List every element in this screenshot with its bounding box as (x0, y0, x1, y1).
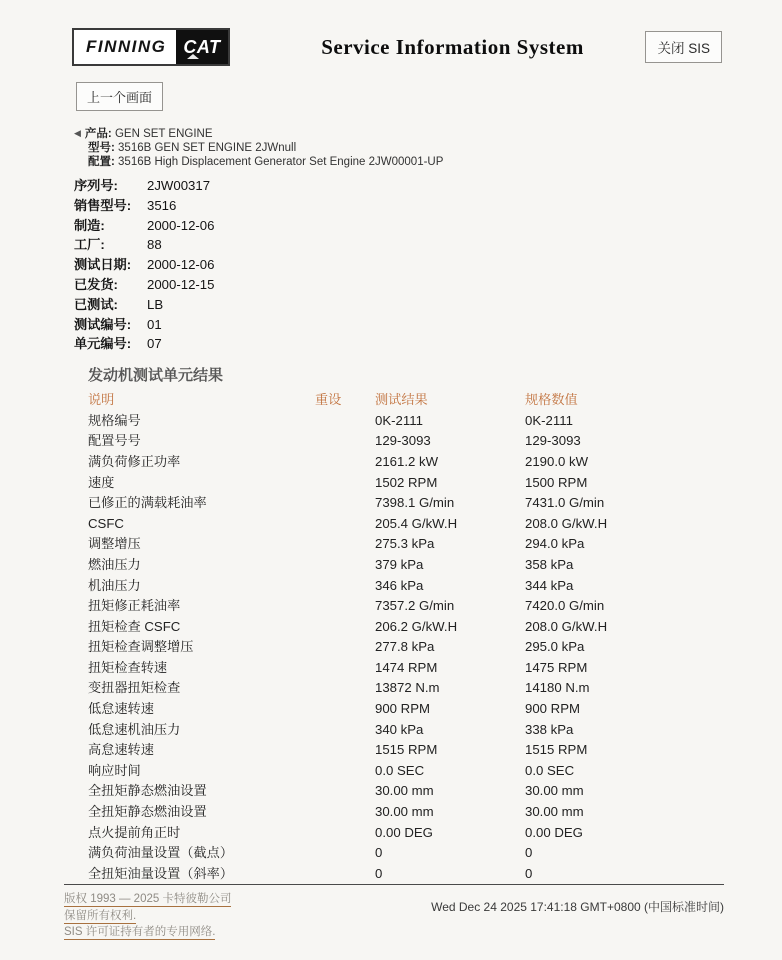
detail-value: 2000-12-06 (147, 218, 214, 233)
cell-description: CSFC (88, 514, 315, 535)
cell-test-result: 2161.2 kW (375, 452, 525, 473)
table-row: 变扭器扭矩检查13872 N.m14180 N.m (88, 678, 688, 699)
cell-description: 高怠速转速 (88, 740, 315, 761)
cell-test-result: 7357.2 G/min (375, 596, 525, 617)
detail-row: 测试编号:01 (74, 315, 782, 335)
cell-spec-value: 2190.0 kW (525, 452, 670, 473)
table-row: 点火提前角正时0.00 DEG0.00 DEG (88, 823, 688, 844)
cell-spec-value: 0 (525, 843, 670, 864)
cell-test-result: 1474 RPM (375, 658, 525, 679)
table-body: 规格编号0K-21110K-2111配置号号129-3093129-3093满负… (88, 411, 688, 885)
cell-description: 满负荷修正功率 (88, 452, 315, 473)
detail-label: 序列号: (74, 176, 147, 196)
cell-description: 全扭矩静态燃油设置 (88, 802, 315, 823)
cell-spec-value: 30.00 mm (525, 802, 670, 823)
detail-list: 序列号:2JW00317销售型号:3516制造:2000-12-06工厂:88测… (74, 176, 782, 354)
table-row: 全扭矩静态燃油设置30.00 mm30.00 mm (88, 802, 688, 823)
footer-link-row: SIS 许可证持有者的专用网络. (64, 926, 231, 943)
table-row: CSFC205.4 G/kW.H208.0 G/kW.H (88, 514, 688, 535)
cell-spec-value: 1475 RPM (525, 658, 670, 679)
detail-value: 2000-12-15 (147, 277, 214, 292)
cell-test-result: 7398.1 G/min (375, 493, 525, 514)
cell-spec-value: 1515 RPM (525, 740, 670, 761)
cell-test-result: 0.0 SEC (375, 761, 525, 782)
detail-value: 01 (147, 317, 162, 332)
cell-test-result: 1502 RPM (375, 473, 525, 494)
cat-logo-block: CAT (176, 30, 227, 64)
detail-row: 已发货:2000-12-15 (74, 275, 782, 295)
page-title: Service Information System (230, 35, 646, 60)
cell-test-result: 206.2 G/kW.H (375, 617, 525, 638)
table-row: 扭矩检查调整增压277.8 kPa295.0 kPa (88, 637, 688, 658)
product-line: 配置: 3516B High Displacement Generator Se… (74, 155, 782, 169)
cell-description: 规格编号 (88, 411, 315, 432)
cell-spec-value: 208.0 G/kW.H (525, 514, 670, 535)
cell-description: 变扭器扭矩检查 (88, 678, 315, 699)
table-row: 高怠速转速1515 RPM1515 RPM (88, 740, 688, 761)
product-line-value: 3516B GEN SET ENGINE 2JWnull (118, 142, 296, 154)
cell-spec-value: 0.00 DEG (525, 823, 670, 844)
detail-label: 已发货: (74, 275, 147, 295)
product-info: ◀产品: GEN SET ENGINE型号: 3516B GEN SET ENG… (74, 126, 782, 169)
cell-spec-value: 208.0 G/kW.H (525, 617, 670, 638)
footer-links: 版权 1993 — 2025 卡特彼勒公司保留所有权利.SIS 许可证持有者的专… (64, 893, 231, 943)
cell-spec-value: 129-3093 (525, 431, 670, 452)
table-header-row: 说明 重设 测试结果 规格数值 (88, 390, 688, 411)
detail-row: 制造:2000-12-06 (74, 216, 782, 236)
cell-test-result: 277.8 kPa (375, 637, 525, 658)
cell-description: 点火提前角正时 (88, 823, 315, 844)
cell-test-result: 346 kPa (375, 576, 525, 597)
back-button[interactable]: 上一个画面 (76, 82, 163, 111)
footer: 版权 1993 — 2025 卡特彼勒公司保留所有权利.SIS 许可证持有者的专… (64, 884, 724, 943)
cell-spec-value: 0.0 SEC (525, 761, 670, 782)
cell-test-result: 129-3093 (375, 431, 525, 452)
cell-spec-value: 294.0 kPa (525, 534, 670, 555)
detail-label: 单元编号: (74, 334, 147, 354)
finning-cat-logo: FINNING CAT (72, 28, 230, 66)
detail-row: 已测试:LB (74, 295, 782, 315)
footer-link-row: 保留所有权利. (64, 910, 231, 927)
table-row: 机油压力346 kPa344 kPa (88, 576, 688, 597)
cell-description: 全扭矩油量设置（斜率） (88, 864, 315, 885)
table-row: 速度1502 RPM1500 RPM (88, 473, 688, 494)
cell-test-result: 340 kPa (375, 720, 525, 741)
cell-description: 机油压力 (88, 576, 315, 597)
cell-spec-value: 30.00 mm (525, 781, 670, 802)
detail-value: 07 (147, 336, 162, 351)
product-line-label: 配置: (88, 156, 118, 168)
product-line: 型号: 3516B GEN SET ENGINE 2JWnull (74, 141, 782, 155)
product-line-label: 产品: (85, 128, 115, 140)
cell-spec-value: 7431.0 G/min (525, 493, 670, 514)
footer-link[interactable]: 保留所有权利. (64, 910, 136, 924)
footer-link-row: 版权 1993 — 2025 卡特彼勒公司 (64, 893, 231, 910)
product-line-value: 3516B High Displacement Generator Set En… (118, 156, 443, 168)
table-row: 低怠速机油压力340 kPa338 kPa (88, 720, 688, 741)
cell-description: 燃油压力 (88, 555, 315, 576)
footer-link[interactable]: SIS 许可证持有者的专用网络. (64, 926, 215, 940)
column-header-description: 说明 (88, 390, 315, 411)
cell-test-result: 30.00 mm (375, 781, 525, 802)
table-row: 配置号号129-3093129-3093 (88, 431, 688, 452)
detail-row: 测试日期:2000-12-06 (74, 255, 782, 275)
column-header-test-result: 测试结果 (375, 390, 525, 411)
detail-value: 2000-12-06 (147, 257, 214, 272)
cell-spec-value: 1500 RPM (525, 473, 670, 494)
table-row: 扭矩检查 CSFC206.2 G/kW.H208.0 G/kW.H (88, 617, 688, 638)
cell-description: 速度 (88, 473, 315, 494)
column-header-reset: 重设 (315, 390, 375, 411)
detail-label: 测试日期: (74, 255, 147, 275)
top-bar: FINNING CAT Service Information System 关… (0, 0, 782, 66)
cell-spec-value: 14180 N.m (525, 678, 670, 699)
table-row: 扭矩修正耗油率7357.2 G/min7420.0 G/min (88, 596, 688, 617)
cell-test-result: 30.00 mm (375, 802, 525, 823)
detail-row: 工厂:88 (74, 235, 782, 255)
table-row: 满负荷油量设置（截点）00 (88, 843, 688, 864)
detail-label: 销售型号: (74, 196, 147, 216)
cell-test-result: 275.3 kPa (375, 534, 525, 555)
cell-test-result: 379 kPa (375, 555, 525, 576)
detail-row: 销售型号:3516 (74, 196, 782, 216)
table-row: 响应时间0.0 SEC0.0 SEC (88, 761, 688, 782)
detail-value: 3516 (147, 198, 176, 213)
product-line-label: 型号: (88, 142, 118, 154)
cell-spec-value: 295.0 kPa (525, 637, 670, 658)
table-row: 满负荷修正功率2161.2 kW2190.0 kW (88, 452, 688, 473)
cat-logo-triangle-icon (187, 54, 199, 59)
product-line: ◀产品: GEN SET ENGINE (74, 126, 782, 141)
detail-value: 2JW00317 (147, 178, 210, 193)
cell-test-result: 0.00 DEG (375, 823, 525, 844)
detail-label: 制造: (74, 216, 147, 236)
close-sis-button[interactable]: 关闭 SIS (645, 31, 722, 63)
cell-spec-value: 338 kPa (525, 720, 670, 741)
table-row: 扭矩检查转速1474 RPM1475 RPM (88, 658, 688, 679)
cell-test-result: 13872 N.m (375, 678, 525, 699)
cell-spec-value: 358 kPa (525, 555, 670, 576)
cell-description: 扭矩检查转速 (88, 658, 315, 679)
finning-logo-text: FINNING (74, 30, 176, 64)
column-header-spec-value: 规格数值 (525, 390, 670, 411)
cell-test-result: 1515 RPM (375, 740, 525, 761)
footer-link[interactable]: 版权 1993 — 2025 卡特彼勒公司 (64, 893, 231, 907)
results-table: 说明 重设 测试结果 规格数值 规格编号0K-21110K-2111配置号号12… (88, 390, 688, 884)
footer-timestamp: Wed Dec 24 2025 17:41:18 GMT+0800 (中国标准时… (431, 898, 724, 915)
table-row: 规格编号0K-21110K-2111 (88, 411, 688, 432)
cell-description: 扭矩修正耗油率 (88, 596, 315, 617)
table-row: 全扭矩静态燃油设置30.00 mm30.00 mm (88, 781, 688, 802)
cell-spec-value: 0 (525, 864, 670, 885)
cell-description: 低怠速转速 (88, 699, 315, 720)
cell-spec-value: 344 kPa (525, 576, 670, 597)
detail-row: 序列号:2JW00317 (74, 176, 782, 196)
table-row: 燃油压力379 kPa358 kPa (88, 555, 688, 576)
cell-test-result: 0 (375, 864, 525, 885)
cell-test-result: 205.4 G/kW.H (375, 514, 525, 535)
table-row: 全扭矩油量设置（斜率）00 (88, 864, 688, 885)
cell-spec-value: 900 RPM (525, 699, 670, 720)
cell-description: 低怠速机油压力 (88, 720, 315, 741)
cell-description: 全扭矩静态燃油设置 (88, 781, 315, 802)
cell-description: 调整增压 (88, 534, 315, 555)
cell-test-result: 0K-2111 (375, 411, 525, 432)
cell-test-result: 900 RPM (375, 699, 525, 720)
cell-description: 扭矩检查 CSFC (88, 617, 315, 638)
table-row: 调整增压275.3 kPa294.0 kPa (88, 534, 688, 555)
back-arrow-icon: ◀ (74, 128, 81, 138)
cell-description: 配置号号 (88, 431, 315, 452)
detail-row: 单元编号:07 (74, 334, 782, 354)
cell-description: 已修正的满载耗油率 (88, 493, 315, 514)
cell-description: 响应时间 (88, 761, 315, 782)
detail-label: 工厂: (74, 235, 147, 255)
detail-label: 已测试: (74, 295, 147, 315)
cell-description: 扭矩检查调整增压 (88, 637, 315, 658)
cell-test-result: 0 (375, 843, 525, 864)
cell-spec-value: 7420.0 G/min (525, 596, 670, 617)
detail-value: LB (147, 297, 163, 312)
detail-value: 88 (147, 237, 162, 252)
table-row: 低怠速转速900 RPM900 RPM (88, 699, 688, 720)
cell-spec-value: 0K-2111 (525, 411, 670, 432)
product-line-value: GEN SET ENGINE (115, 128, 213, 140)
results-section-title: 发动机测试单元结果 (88, 364, 782, 385)
cell-description: 满负荷油量设置（截点） (88, 843, 315, 864)
detail-label: 测试编号: (74, 315, 147, 335)
table-row: 已修正的满载耗油率7398.1 G/min7431.0 G/min (88, 493, 688, 514)
